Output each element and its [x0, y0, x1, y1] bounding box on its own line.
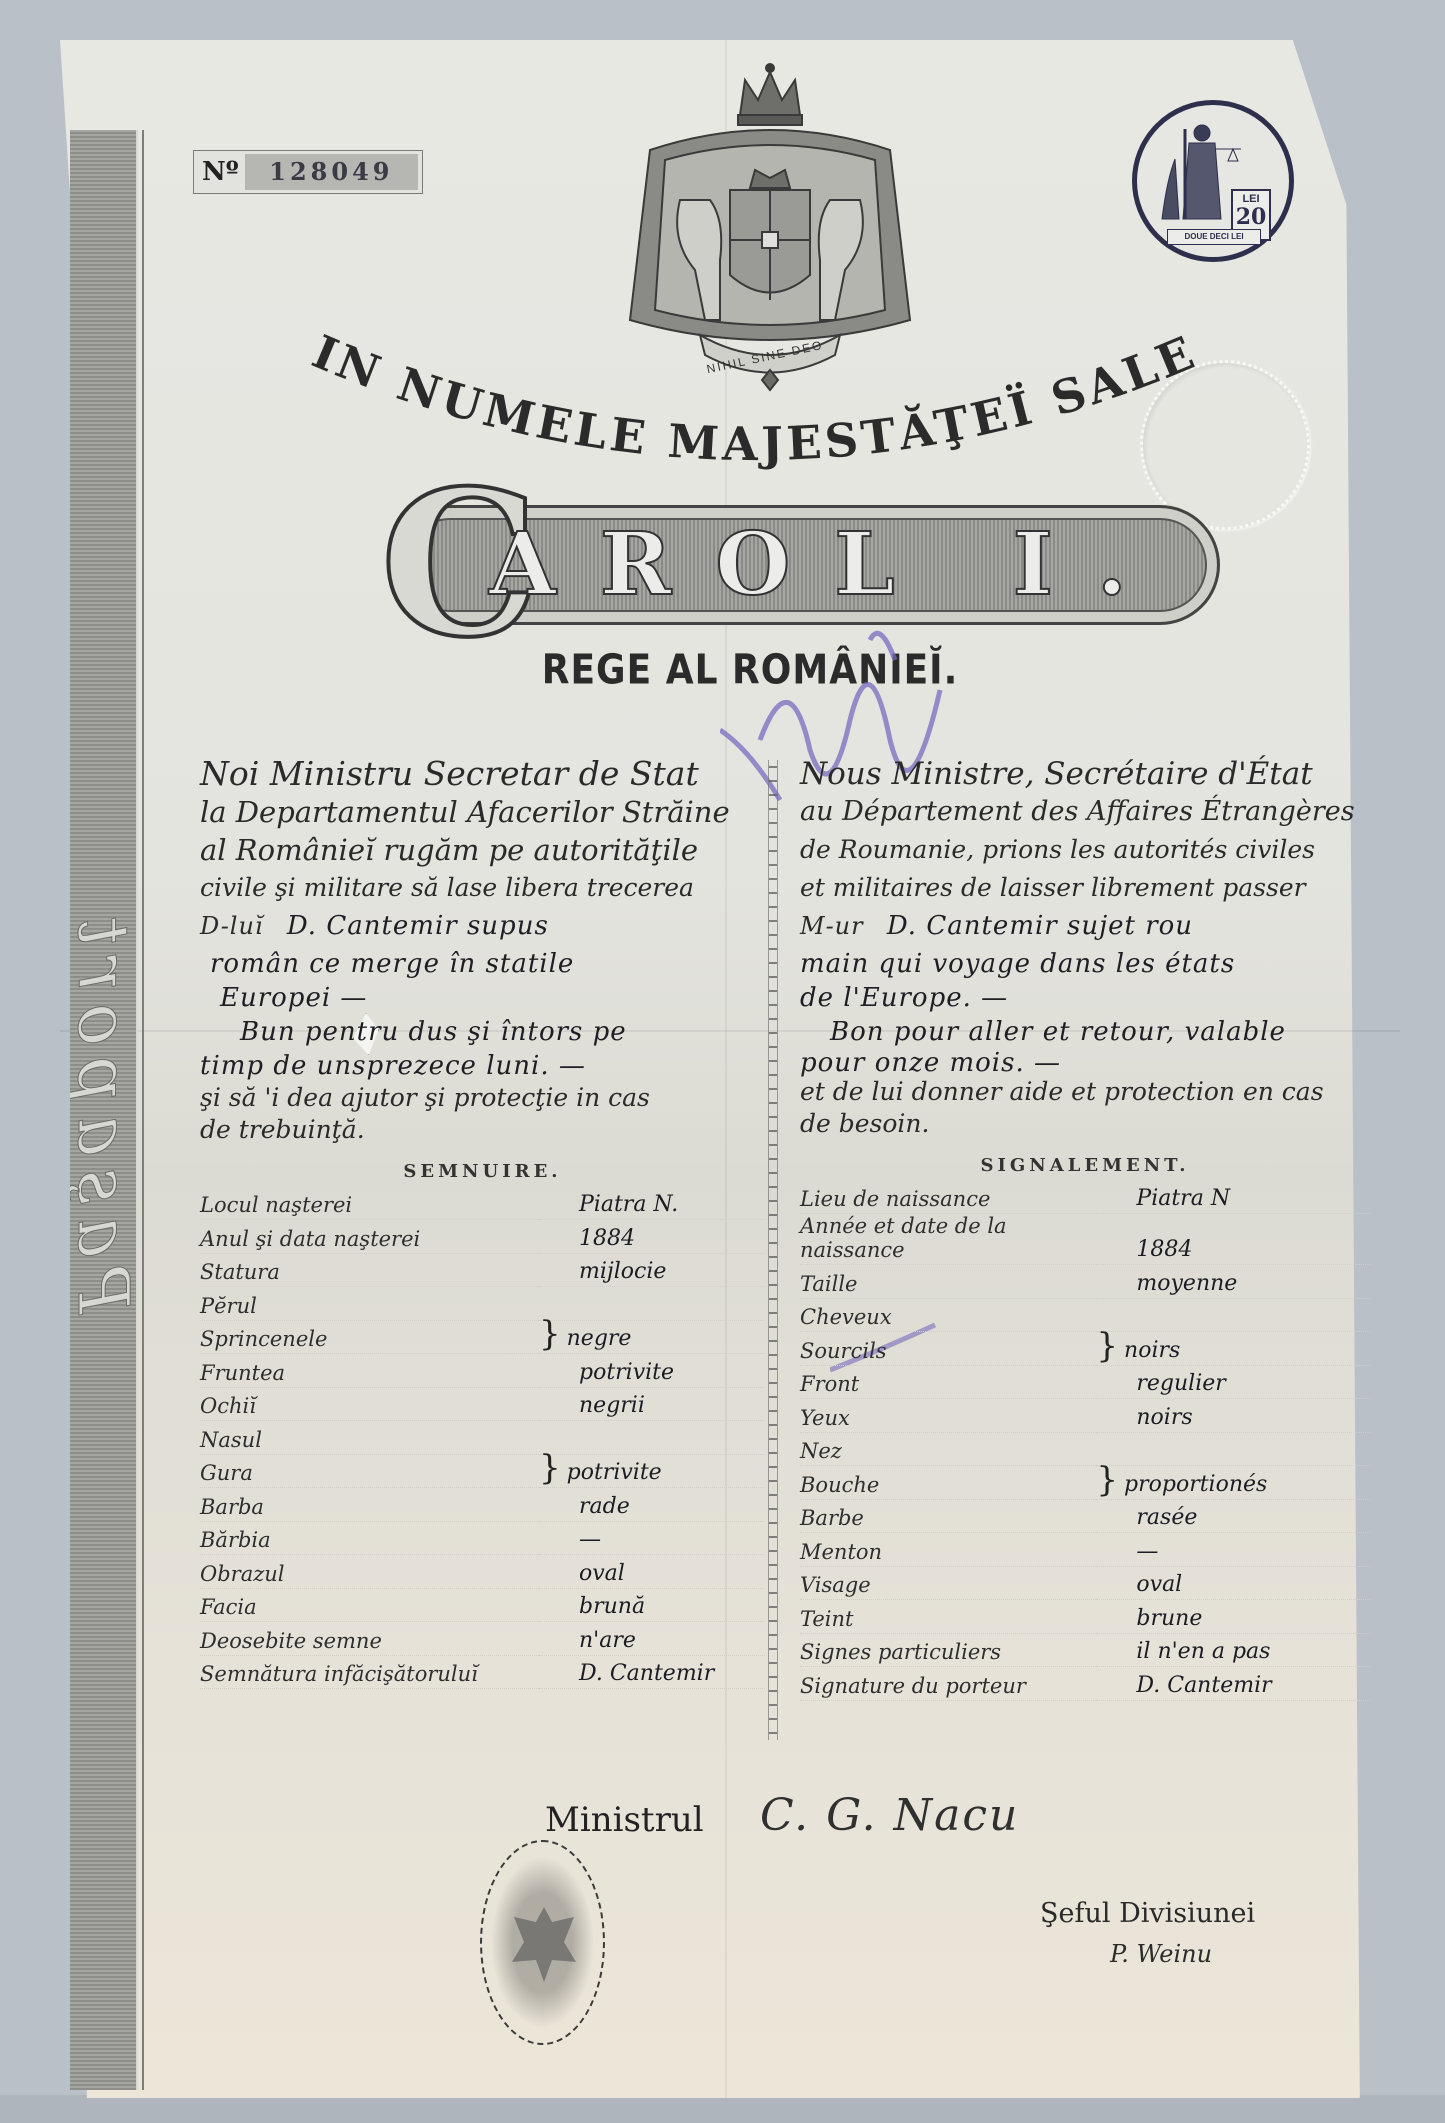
- fr-field-value: moyenne: [1096, 1265, 1370, 1299]
- table-surface: [0, 2095, 1445, 2123]
- fr-field-value: }proportionés: [1096, 1466, 1370, 1500]
- stamp-caption: DOUE DECI LEI: [1167, 229, 1261, 245]
- ro-field-value-text: Piatra N.: [579, 1192, 678, 1217]
- fr-field-label: Barbe: [800, 1499, 1096, 1533]
- fr-field-label: Lieu de naissance: [800, 1180, 1096, 1214]
- column-divider: [768, 760, 778, 1740]
- fr-field-label: Signature du porteur: [800, 1667, 1096, 1701]
- fr-field-value-text: D. Cantemir: [1136, 1673, 1271, 1698]
- fr-field-value-text: —: [1136, 1539, 1158, 1564]
- fr-field-label: Menton: [800, 1533, 1096, 1567]
- ro-field-value: 1884: [539, 1220, 765, 1254]
- brace-icon: }: [1096, 1460, 1118, 1500]
- division-chief-label: Şeful Divisiunei: [1040, 1898, 1255, 1929]
- brace-icon: }: [539, 1448, 561, 1488]
- fr-description-title: SIGNALEMENT.: [800, 1155, 1370, 1176]
- counterfoil-text: Paşaport: [70, 906, 138, 1314]
- brace-icon: }: [1096, 1326, 1118, 1366]
- fr-description-row: Cheveux: [800, 1298, 1370, 1332]
- fr-description-table: Lieu de naissancePiatra NAnnée et date d…: [800, 1180, 1370, 1701]
- fr-field-value-text: noirs: [1136, 1405, 1192, 1430]
- ro-description-row: Locul naştereiPiatra N.: [200, 1186, 765, 1220]
- minister-label: Ministrul: [545, 1800, 704, 1840]
- fr-field-value: 1884: [1096, 1214, 1370, 1265]
- ro-field-value: negrii: [539, 1387, 765, 1421]
- ro-description-row: Anul şi data naşterei1884: [200, 1220, 765, 1254]
- ro-field-label: Gura: [200, 1454, 539, 1488]
- ro-field-value: mijlocie: [539, 1253, 765, 1287]
- ro-field-label: Facia: [200, 1588, 539, 1622]
- ro-field-value-text: potrivite: [579, 1360, 674, 1385]
- ro-preamble-line: al Românieĭ rugăm pe autorităţile: [200, 831, 765, 869]
- ro-field-value: Piatra N.: [539, 1186, 765, 1220]
- ro-validity-line: Bun pentru dus şi întors pe: [200, 1013, 765, 1051]
- fr-bearer-line: main qui voyage dans les états: [800, 945, 1370, 983]
- fr-description-row: Sourcils}noirs: [800, 1332, 1370, 1366]
- ro-description-title: SEMNUIRE.: [200, 1161, 765, 1182]
- fr-bearer-line: de l'Europe. —: [800, 983, 1370, 1013]
- ro-field-value-text: rade: [579, 1494, 630, 1519]
- ro-field-value-text: —: [579, 1527, 601, 1552]
- fr-field-label: Bouche: [800, 1466, 1096, 1500]
- ro-field-value: D. Cantemir: [539, 1655, 765, 1689]
- ro-bearer-prefix: D-luĭ: [200, 912, 264, 940]
- ro-description-row: Pĕrul: [200, 1287, 765, 1321]
- french-column: Nous Ministre, Secrétaire d'État au Dépa…: [800, 755, 1370, 1701]
- sovereign-title: REGE AL ROMÂNIEĬ.: [470, 647, 1030, 694]
- fr-description-row: Teintbrune: [800, 1600, 1370, 1634]
- fr-closing-line: de besoin.: [800, 1109, 1370, 1139]
- ro-field-label: Deosebite semne: [200, 1622, 539, 1656]
- ro-description-row: Sprincenele}negre: [200, 1320, 765, 1354]
- fr-field-value: —: [1096, 1533, 1370, 1567]
- ro-field-value: brună: [539, 1588, 765, 1622]
- ro-description-row: Bărbia—: [200, 1521, 765, 1555]
- fr-field-value: rasée: [1096, 1499, 1370, 1533]
- ro-field-value: }negre: [539, 1320, 765, 1354]
- fr-field-value-text: proportionés: [1124, 1472, 1267, 1497]
- fr-field-value: oval: [1096, 1566, 1370, 1600]
- ro-closing-line: şi să 'i dea ajutor şi protecţie in cas: [200, 1081, 765, 1115]
- ro-field-value-text: negre: [567, 1326, 632, 1351]
- ro-field-value: [539, 1421, 765, 1455]
- ro-description-row: Staturamijlocie: [200, 1253, 765, 1287]
- division-chief-signature: P. Weinu: [1110, 1940, 1212, 1968]
- ro-description-row: Gura}potrivite: [200, 1454, 765, 1488]
- fr-description-row: Taillemoyenne: [800, 1265, 1370, 1299]
- ro-field-value-text: potrivite: [567, 1460, 662, 1485]
- fr-preamble-line: et militaires de laisser librement passe…: [800, 869, 1370, 907]
- fr-field-value-text: rasée: [1136, 1505, 1197, 1530]
- fr-field-value-text: moyenne: [1136, 1271, 1237, 1296]
- ro-field-value: n'are: [539, 1622, 765, 1656]
- fr-field-value-text: noirs: [1124, 1338, 1180, 1363]
- ro-field-label: Statura: [200, 1253, 539, 1287]
- ro-field-value: [539, 1287, 765, 1321]
- fr-field-value-text: regulier: [1136, 1371, 1225, 1396]
- ro-description-table: Locul naştereiPiatra N.Anul şi data naşt…: [200, 1186, 765, 1689]
- fr-description-row: Année et date de la naissance1884: [800, 1214, 1370, 1265]
- ro-description-row: Ochiĭnegrii: [200, 1387, 765, 1421]
- ro-preamble-line: Noi Ministru Secretar de Stat: [200, 755, 765, 793]
- seal-eagle-icon: [504, 1902, 584, 1987]
- fr-field-value: il n'en a pas: [1096, 1633, 1370, 1667]
- fr-bearer-prefix: M-ur: [800, 912, 864, 940]
- ro-preamble-line: civile şi militare să lase libera trecer…: [200, 869, 765, 907]
- fr-field-value-text: brune: [1136, 1606, 1202, 1631]
- fr-field-value: [1096, 1298, 1370, 1332]
- counterfoil-border: [142, 130, 144, 2090]
- fr-description-row: Menton—: [800, 1533, 1370, 1567]
- ro-description-row: Frunteapotrivite: [200, 1354, 765, 1388]
- ro-description-row: Faciabrună: [200, 1588, 765, 1622]
- ro-field-value: oval: [539, 1555, 765, 1589]
- ro-bearer-line: Europei —: [200, 983, 765, 1013]
- ro-field-value-text: oval: [579, 1561, 625, 1586]
- serial-number-box: Nº 128049: [193, 150, 423, 194]
- fr-validity-line: Bon pour aller et retour, valable: [800, 1013, 1370, 1051]
- ro-closing-line: de trebuinţă.: [200, 1115, 765, 1145]
- fr-field-value-text: 1884: [1136, 1237, 1192, 1262]
- ro-description-row: Semnătura infăcişătoruluĭD. Cantemir: [200, 1655, 765, 1689]
- ro-field-value-text: brună: [579, 1594, 645, 1619]
- fr-field-label: Signes particuliers: [800, 1633, 1096, 1667]
- fr-field-label: Nez: [800, 1432, 1096, 1466]
- ro-validity-line: timp de unsprezece luni. —: [200, 1051, 765, 1081]
- ro-preamble-line: la Departamentul Afacerilor Străine: [200, 793, 765, 831]
- fr-bearer-name: D. Cantemir sujet rou: [887, 911, 1193, 941]
- ro-field-label: Anul şi data naşterei: [200, 1220, 539, 1254]
- ministry-ink-seal: [480, 1840, 605, 2045]
- fr-field-label: Sourcils: [800, 1332, 1096, 1366]
- fr-description-row: Frontregulier: [800, 1365, 1370, 1399]
- fr-closing-line: et de lui donner aide et protection en c…: [800, 1075, 1370, 1109]
- sovereign-name: AROL I.: [480, 515, 1180, 615]
- ro-field-value: potrivite: [539, 1354, 765, 1388]
- ro-field-label: Pĕrul: [200, 1287, 539, 1321]
- fr-field-value: [1096, 1432, 1370, 1466]
- stamp-value: 20: [1233, 205, 1269, 229]
- ro-bearer-line: român ce merge în statile: [200, 945, 765, 983]
- minister-signature: C. G. Nacu: [760, 1790, 1019, 1841]
- fr-field-value: brune: [1096, 1600, 1370, 1634]
- ro-field-label: Sprincenele: [200, 1320, 539, 1354]
- romanian-column: Noi Ministru Secretar de Stat la Departa…: [200, 755, 765, 1689]
- ro-field-label: Bărbia: [200, 1521, 539, 1555]
- fr-field-label: Visage: [800, 1566, 1096, 1600]
- fr-preamble-line: Nous Ministre, Secrétaire d'État: [800, 755, 1370, 793]
- ro-description-row: Barbarade: [200, 1488, 765, 1522]
- serial-label: Nº: [194, 157, 245, 187]
- fr-field-value-text: Piatra N: [1136, 1186, 1230, 1211]
- fr-description-row: Yeuxnoirs: [800, 1399, 1370, 1433]
- ro-field-label: Barba: [200, 1488, 539, 1522]
- fr-field-value: Piatra N: [1096, 1180, 1370, 1214]
- fr-description-row: Visageoval: [800, 1566, 1370, 1600]
- fr-description-row: Signature du porteurD. Cantemir: [800, 1667, 1370, 1701]
- ro-field-value: }potrivite: [539, 1454, 765, 1488]
- fr-description-row: Signes particuliersil n'en a pas: [800, 1633, 1370, 1667]
- ro-field-label: Obrazul: [200, 1555, 539, 1589]
- ro-field-label: Fruntea: [200, 1354, 539, 1388]
- ro-field-label: Locul naşterei: [200, 1186, 539, 1220]
- fr-preamble-line: au Département des Affaires Étrangères: [800, 793, 1370, 831]
- fr-field-label: Teint: [800, 1600, 1096, 1634]
- fr-field-label: Taille: [800, 1265, 1096, 1299]
- fr-field-value-text: il n'en a pas: [1136, 1639, 1270, 1664]
- fr-description-row: Nez: [800, 1432, 1370, 1466]
- fr-bearer-line: M-ur D. Cantemir sujet rou: [800, 907, 1370, 945]
- fr-preamble-line: de Roumanie, prions les autorités civile…: [800, 831, 1370, 869]
- ro-description-row: Nasul: [200, 1421, 765, 1455]
- fr-validity-line: pour onze mois. —: [800, 1051, 1370, 1075]
- fr-field-value: regulier: [1096, 1365, 1370, 1399]
- ro-field-value-text: n'are: [579, 1628, 636, 1653]
- fr-field-value: noirs: [1096, 1399, 1370, 1433]
- ro-field-value-text: D. Cantemir: [579, 1661, 714, 1686]
- ro-field-value: rade: [539, 1488, 765, 1522]
- fr-field-value-text: oval: [1136, 1572, 1182, 1597]
- ro-field-label: Ochiĭ: [200, 1387, 539, 1421]
- ro-field-value-text: mijlocie: [579, 1259, 666, 1284]
- fr-description-row: Lieu de naissancePiatra N: [800, 1180, 1370, 1214]
- fr-field-label: Front: [800, 1365, 1096, 1399]
- ro-field-value-text: negrii: [579, 1393, 645, 1418]
- ro-field-label: Nasul: [200, 1421, 539, 1455]
- fr-field-label: Cheveux: [800, 1298, 1096, 1332]
- revenue-stamp: LEI 20 DOUE DECI LEI: [1132, 100, 1294, 262]
- ro-field-value-text: 1884: [579, 1226, 635, 1251]
- fr-description-row: Bouche}proportionés: [800, 1466, 1370, 1500]
- fr-field-label: Année et date de la naissance: [800, 1214, 1096, 1265]
- ro-field-value: —: [539, 1521, 765, 1555]
- fr-field-value: }noirs: [1096, 1332, 1370, 1366]
- fr-description-row: Barberasée: [800, 1499, 1370, 1533]
- fr-field-value: D. Cantemir: [1096, 1667, 1370, 1701]
- serial-number: 128049: [245, 154, 418, 190]
- ro-description-row: Obrazuloval: [200, 1555, 765, 1589]
- ro-description-row: Deosebite semnen'are: [200, 1622, 765, 1656]
- fr-field-label: Yeux: [800, 1399, 1096, 1433]
- brace-icon: }: [539, 1314, 561, 1354]
- ro-bearer-line: D-luĭ D. Cantemir supus: [200, 907, 765, 945]
- counterfoil-strip: Paşaport: [70, 130, 138, 2090]
- ro-field-label: Semnătura infăcişătoruluĭ: [200, 1655, 539, 1689]
- ro-bearer-name: D. Cantemir supus: [287, 911, 549, 941]
